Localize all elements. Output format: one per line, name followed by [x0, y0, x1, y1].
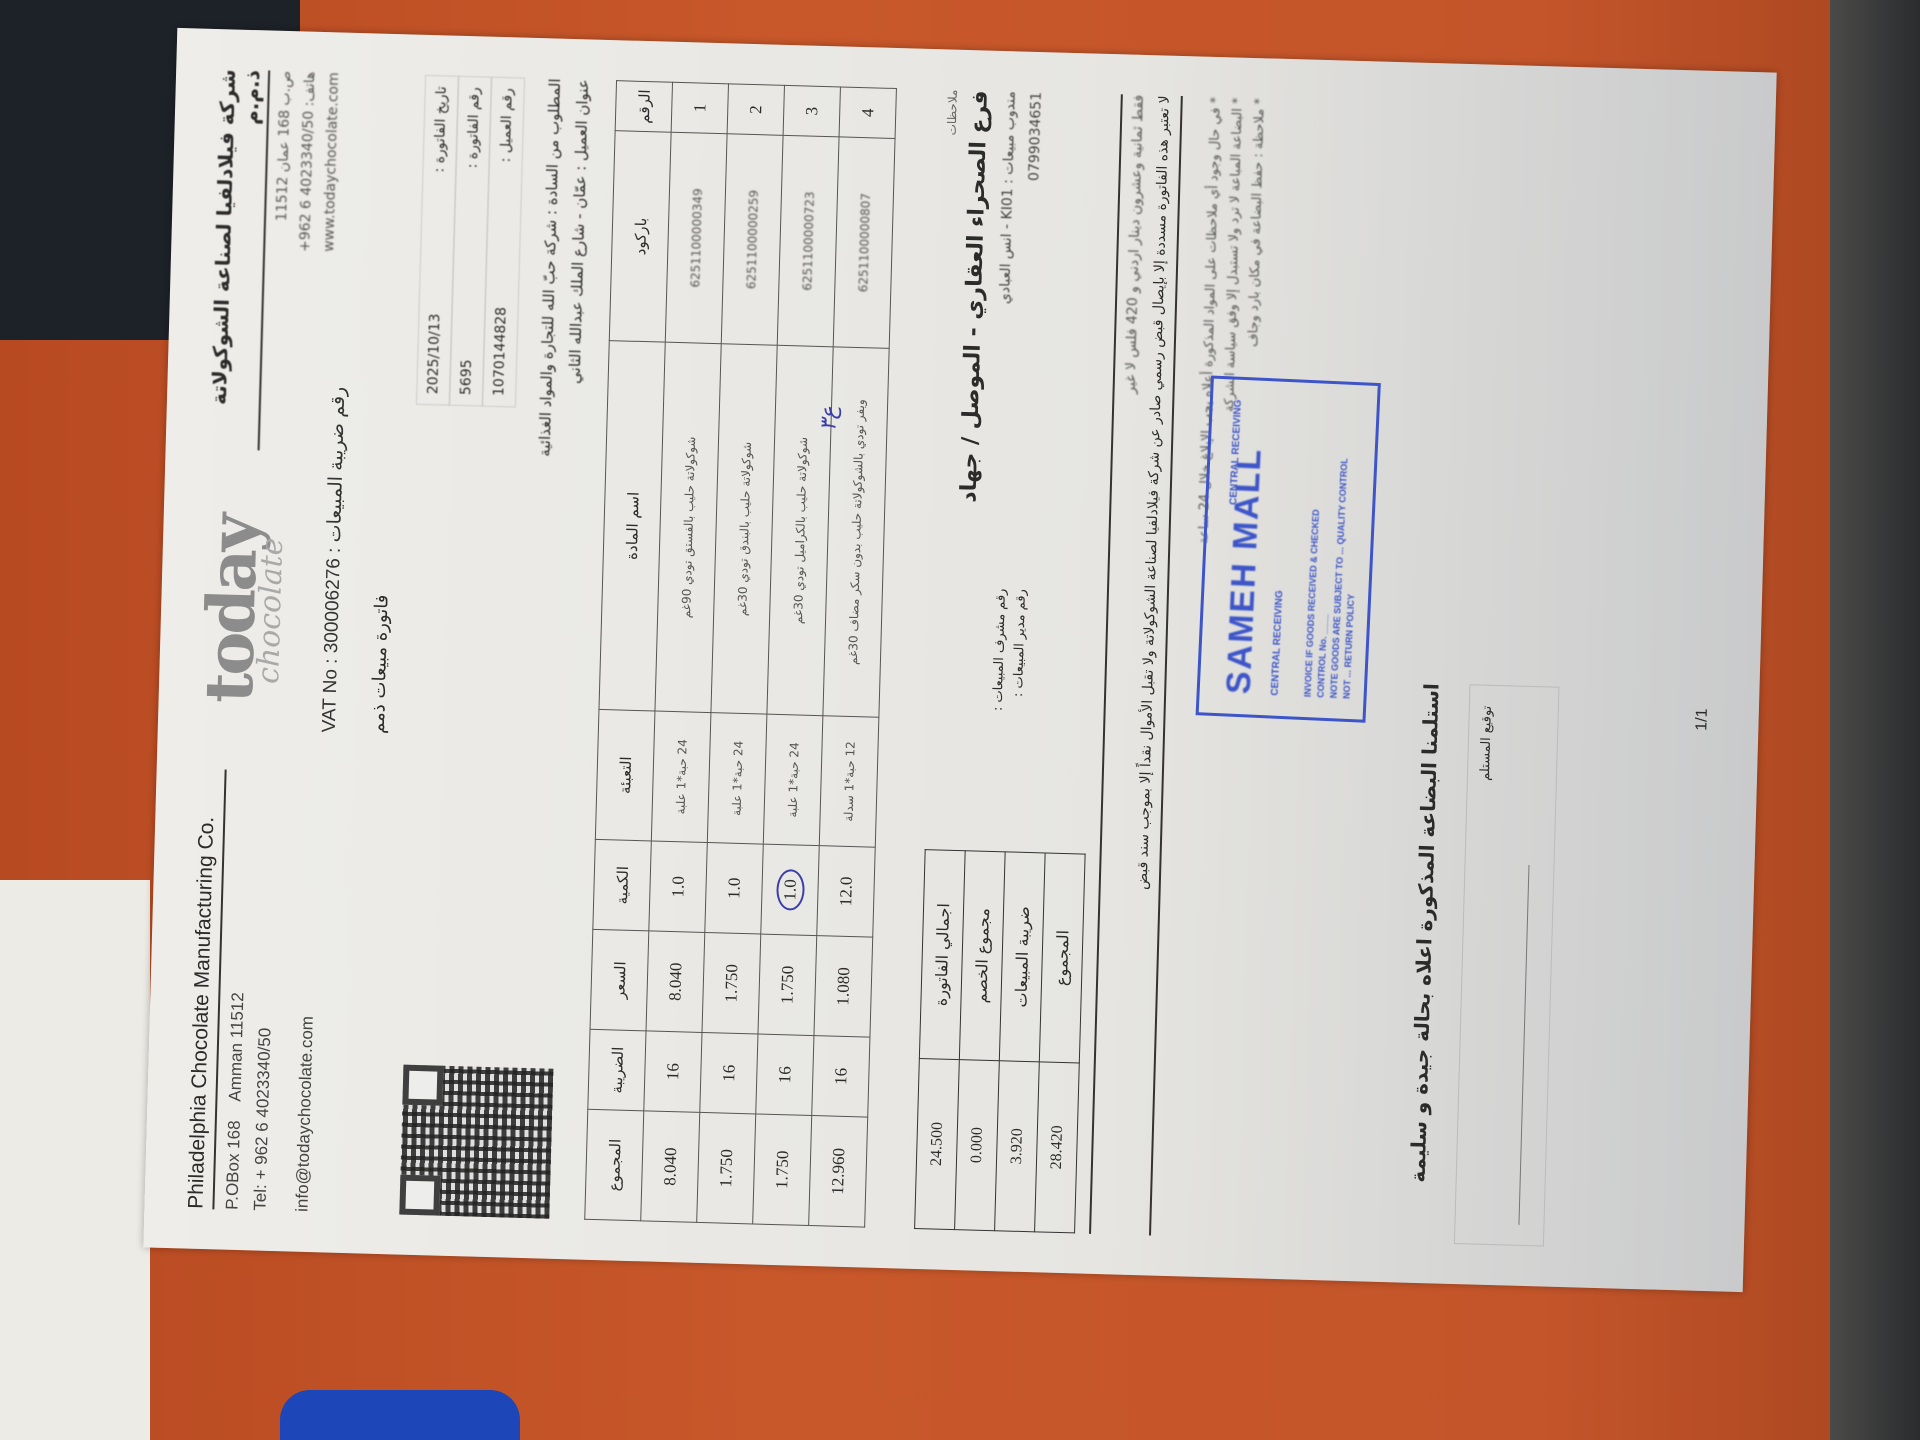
customer-info: المطلوب من السادة : شركة حبّ الله للتجار…	[517, 78, 593, 779]
invoice-meta: تاريخ الفاتورة :2025/10/13 رقم الفاتورة …	[417, 75, 525, 408]
branch-info: ملاحظات فرع الصحراء العقاري - الموصل / ج…	[924, 89, 1045, 891]
today-chocolate-logo: today chocolate	[198, 489, 292, 731]
city: Amman 11512	[225, 992, 247, 1102]
page-number: 1/1	[1693, 708, 1712, 731]
company-info-ar: شركة فيلادلفيا لصناعة الشوكولاتة ذ.م.م ص…	[206, 69, 343, 452]
handwritten-circle: 1.0	[775, 869, 804, 911]
invoice-title: فاتورة مبيعات ذمم	[368, 594, 393, 734]
invoice-page: Philadelphia Chocolate Manufacturing Co.…	[143, 28, 1776, 1292]
fabric-background	[1830, 0, 1920, 1440]
totals-table: اجمالي الفاتورة24.500 مجموع الخصم0.000 ض…	[914, 849, 1086, 1233]
email: info@todaychocolate.com	[292, 772, 324, 1212]
handwritten-note: ع٣	[816, 406, 842, 432]
qr-code	[399, 1065, 553, 1219]
items-table: الرقم باركود اسم المادة التعبئة الكمية ا…	[584, 80, 897, 1227]
company-info-en: Philadelphia Chocolate Manufacturing Co.…	[184, 769, 324, 1212]
invoice-photo: Philadelphia Chocolate Manufacturing Co.…	[150, 45, 1770, 1275]
receiving-stamp: SAMEH MALL CENTRAL RECEIVING CENTRAL REC…	[1196, 375, 1381, 722]
pobox: P.OBox 168	[222, 1120, 243, 1210]
signature-line	[1518, 865, 1529, 1225]
amount-and-notice: فقط ثمانية وعشرون دينار اردني و 420 فلس …	[1089, 94, 1183, 1235]
signature-label: توقيع المستلم	[1478, 706, 1495, 781]
supervisor-fields: رقم مشرف المبيعات : رقم مدير المبيعات :	[989, 588, 1032, 712]
recipient-signature-box: توقيع المستلم	[1454, 684, 1560, 1246]
stamp-brand: SAMEH MALL	[1220, 447, 1270, 695]
company-name-en: Philadelphia Chocolate Manufacturing Co.	[184, 769, 226, 1210]
company-name-ar: شركة فيلادلفيا لصناعة الشوكولاتة ذ.م.م	[206, 69, 271, 450]
white-card-background	[0, 880, 150, 1440]
blue-pen	[280, 1390, 520, 1440]
receipt-statement: استلمنا البضاعة المذكورة اعلاه بحالة جيد…	[1404, 683, 1444, 1243]
telephone: Tel: + 962 6 4023340/50	[250, 771, 282, 1211]
